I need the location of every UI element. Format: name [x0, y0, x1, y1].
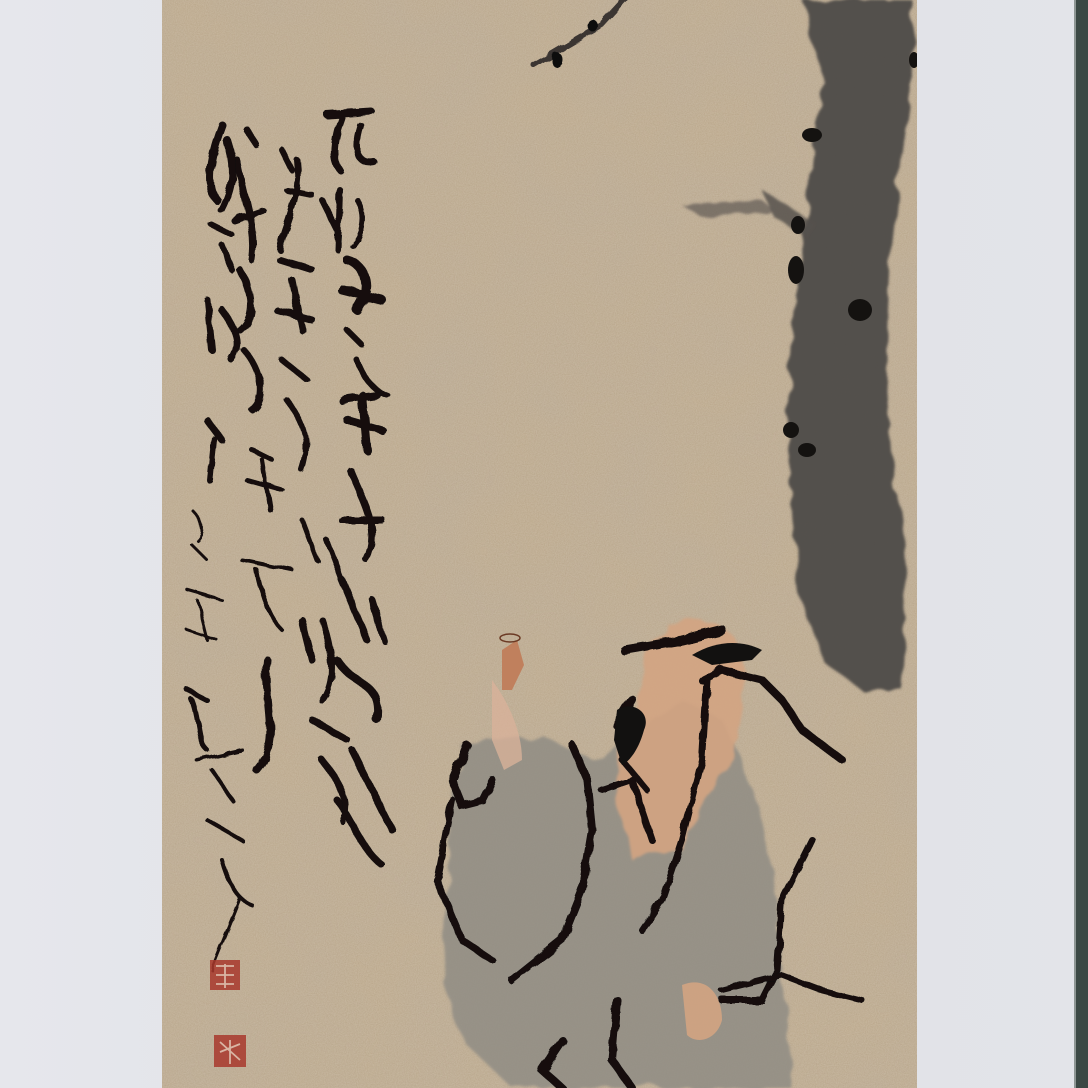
seal-upper — [210, 960, 240, 990]
painting-paper — [162, 0, 917, 1088]
seal-lower — [214, 1035, 246, 1067]
frame-strip — [1076, 0, 1088, 1088]
painting-canvas — [162, 0, 917, 1088]
